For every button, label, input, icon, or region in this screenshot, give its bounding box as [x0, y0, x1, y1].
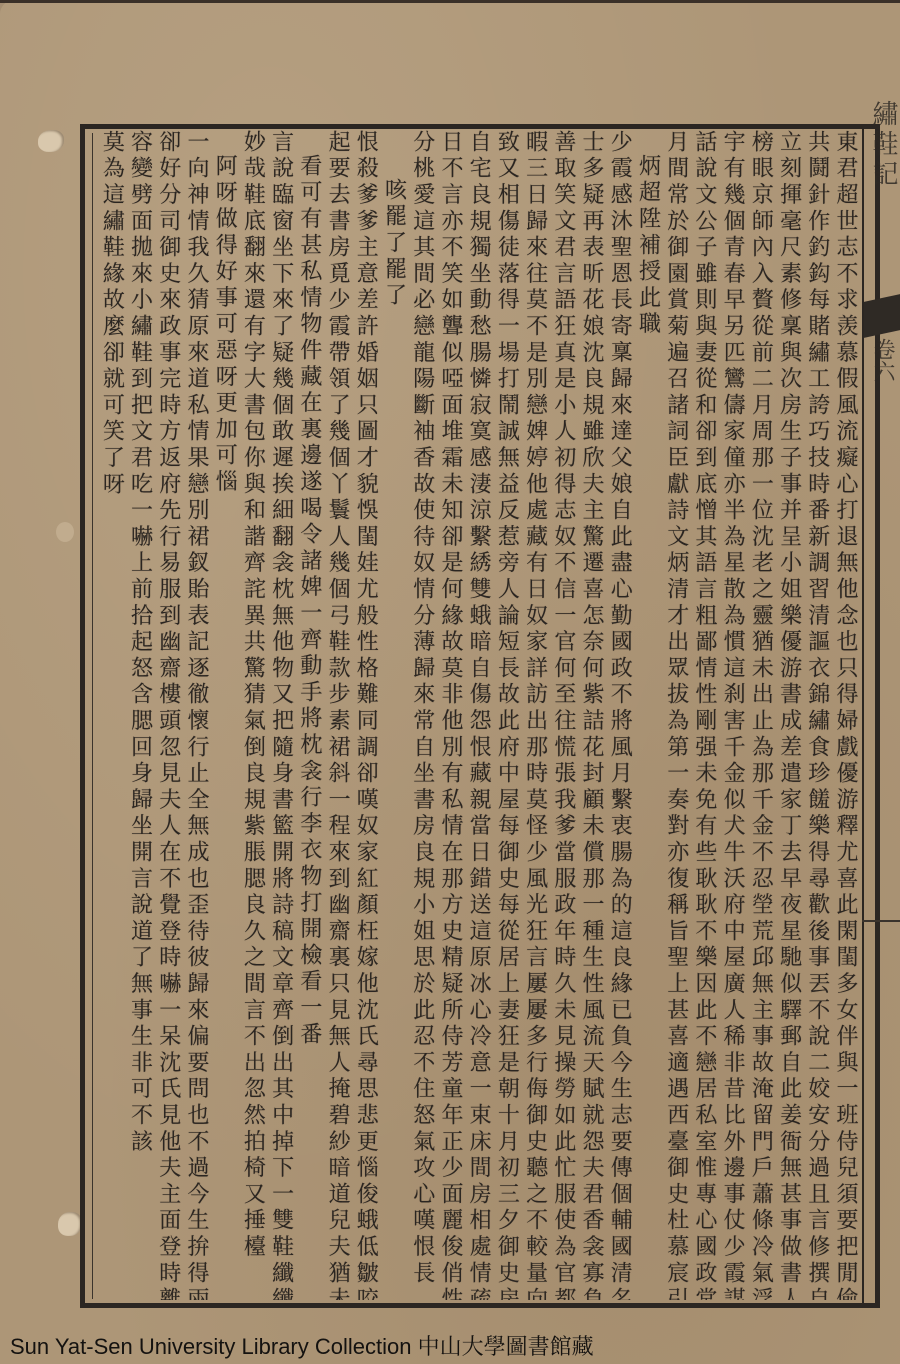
text-column: 善取笑文君言語狂真是小人初得志奴不信一官何至往慌張我爹當服政年時久未見操勞如此忙…: [550, 130, 578, 1300]
text-column: 少霞感沐聖恩長寄稟歸來達父娘自此盡心勤國政不將風月繫衷腸為的這良緣已負今生志要傳…: [606, 130, 634, 1300]
text-column: 卻好分司御史來政事完時方返府先行易服到幽齋樓頭忽見夫人在不覺登時嚇一呆沈氏見他夫…: [155, 130, 183, 1300]
text-column: 炳超陞補授此職: [634, 130, 662, 1300]
fishtail-mark-icon: [864, 294, 900, 338]
text-column: 恨殺爹爹主意差許婚姻只圖才貌悞閨娃尤般性格難同調卻嘆奴家紅顏枉嫁他沈氏尋思悲更惱…: [352, 130, 380, 1300]
text-column: 妙哉鞋底翻來還有字大書包你與和諧齊詫異共驚猜氣倒良規紫脹腮良久之間言不出忽然拍椅…: [239, 130, 267, 1300]
text-column: 話說文公子雖則與妻從和卻到底憎其語言粗鄙情性剛强未免有些耿耿不樂因此不戀居私室惟…: [691, 130, 719, 1300]
text-column: 宇有幾個青春早另匹鸞儔家僮亦半為星散為慣這刹害千金似犬牛沃府中屋廣人稀非昔比外邊…: [719, 130, 747, 1300]
text-column: 士多疑再表昕花娘沈良規雖欣夫主驚遷喜怎奈何紫詰花封顧未償那一種生性風流天賦就怨夫…: [578, 130, 606, 1300]
text-column: 共鬪針作釣鈎每賭繡工誇巧技時番新調習清謳衣錦繡食珍饈樂得尋歡後事丟不說二姣安分過…: [804, 130, 832, 1300]
margin-chapter-label: 卷六: [872, 338, 898, 382]
text-column: 自宅良規獨坐動愁腸憐寂寞感淒涼繫綉雙蛾暗自傷怨恨藏親當日錯送這原冰心冷意一束床間…: [465, 130, 493, 1300]
text-body: 東君超世志不求羡慕假風流癡心打退無他念也只得婦戲優游釋尤喜此閑閨多女伴與一班侍兒…: [98, 130, 860, 1300]
margin-folio-mark: [862, 920, 900, 922]
text-column: 咳罷了罷了: [380, 130, 408, 1300]
binding-thread-hole-top: [38, 130, 64, 152]
text-column: 分桃愛這其間必戀龍陽斷袖香故使待奴情分薄歸來常自坐書房良規小姐思於此忍不住怒氣攻…: [409, 130, 437, 1300]
margin-book-title: 繡鞋記: [868, 100, 898, 190]
text-column: 立刻揮毫尺素修稟與次房生子事并呈小姐樂優游書成差遣家丁去早夜星馳似驛郵自此姜衙無…: [775, 130, 803, 1300]
text-column: 言說臨窗坐下來了疑幾個敢遲挨細翻衾枕無他物又把隨身書籃開將詩稿文章齊倒出其中掉下…: [267, 130, 295, 1300]
text-column: 暇三日歸來往莫不是別戀婢婷他處藏有日奴家詳訪出那時莫怪少風光狂言屢屢多行侮御史聽…: [521, 130, 549, 1300]
text-column: 看可有甚私情物件藏在裏邊遂喝令諸婢一齊動手將枕衾行李衣物打開檢看一番: [296, 130, 324, 1300]
binding-thread-hole-bottom: [58, 1212, 82, 1236]
library-collection-caption: Sun Yat-Sen University Library Collectio…: [10, 1332, 900, 1362]
text-column: 阿呀做得好事可惡呀更加可惱: [211, 130, 239, 1300]
text-column: 容變劈面拋來小繡鞋到把文君吃一嚇上前拾起怒含腮回身歸坐開言說道了無事生非可不該: [126, 130, 154, 1300]
text-column: 一向神情我久猜原來道私情果戀別裙釵貽表記逐徹懷行止全無成也歪待彼歸來偏要問也不過…: [183, 130, 211, 1300]
text-column: 日不言亦不笑如聾似啞面堆霜未知卻是何緣故莫非他別有私情在那方史精疑所侍芳童年正少…: [437, 130, 465, 1300]
text-column: 起要去書房覓少霞帶領了幾個丫鬟人幾個弓鞋款步素裙斜一程來到幽齋裏只見無人掩碧紗暗…: [324, 130, 352, 1300]
book-page: 繡鞋記 卷六 東君超世志不求羡慕假風流癡心打退無他念也只得婦戲優游釋尤喜此閑閨多…: [0, 0, 900, 1364]
text-column: 致又相傷徒落得一場打鬧誠無益反惹旁人論短長故此府中屋每御史每從居上妻狂是朝十月初…: [493, 130, 521, 1300]
text-column: 月間常於御園賞菊遍召諸詞臣獻詩文炳清才出眾拔為第一奏對亦復稱旨聖上甚喜適遇西臺御…: [662, 130, 690, 1300]
binding-thread-hole-middle: [56, 522, 74, 542]
text-column: 榜眼京師內入贅從前二月周那一位沈老之靈猶未出止為那千金不忍塋荒邱無主事故淹留門戶…: [747, 130, 775, 1300]
page-top-edge: [0, 0, 900, 3]
text-column: 東君超世志不求羡慕假風流癡心打退無他念也只得婦戲優游釋尤喜此閑閨多女伴與一班侍兒…: [832, 130, 860, 1300]
text-column: 莫為這繡鞋緣故麼卻就可笑了呀: [98, 130, 126, 1300]
